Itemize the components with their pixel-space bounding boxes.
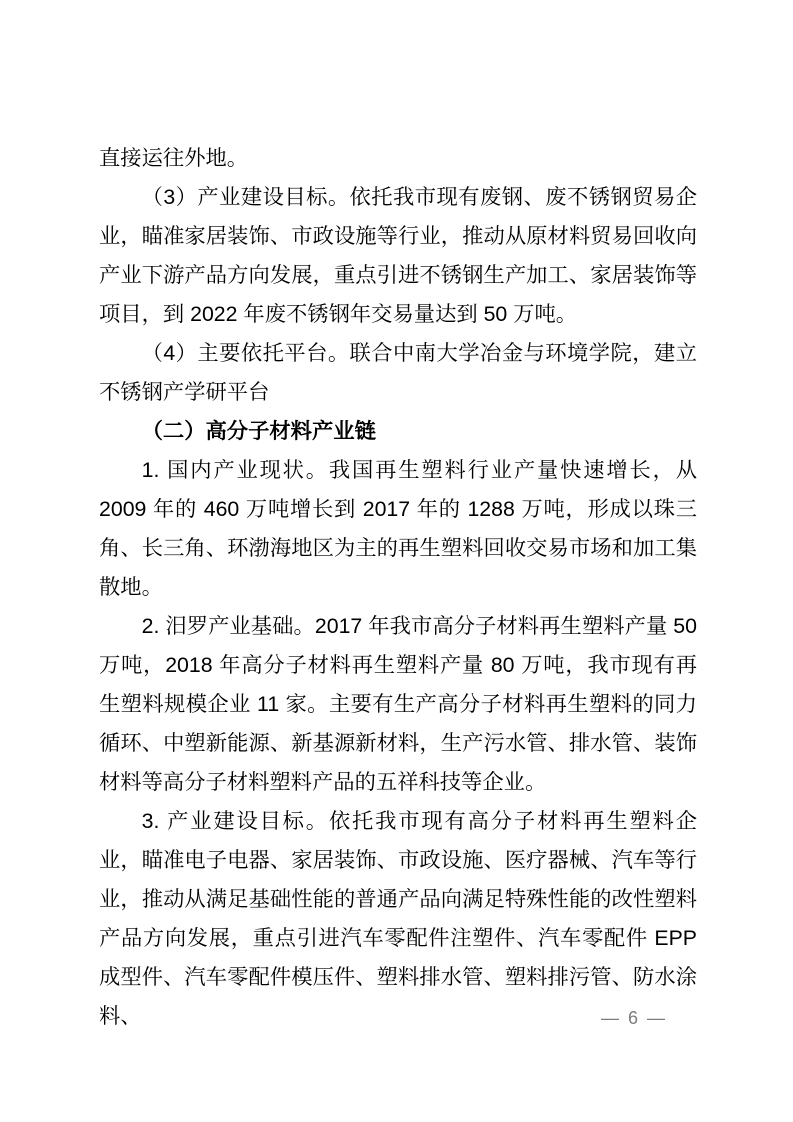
section-heading-polymer-chain: （二）高分子材料产业链 xyxy=(99,412,697,451)
document-body: 直接运往外地。 （3）产业建设目标。依托我市现有废钢、废不锈钢贸易企业，瞄准家居… xyxy=(99,139,697,1036)
paragraph-2-miluo-base: 2. 汨罗产业基础。2017 年我市高分子材料再生塑料产量 50 万吨，2018… xyxy=(99,607,697,802)
paragraph-item-3-goal: （3）产业建设目标。依托我市现有废钢、废不锈钢贸易企业，瞄准家居装饰、市政设施等… xyxy=(99,178,697,334)
paragraph-3-construction-goal: 3. 产业建设目标。依托我市现有高分子材料再生塑料企业，瞄准电子电器、家居装饰、… xyxy=(99,802,697,1036)
document-page: 直接运往外地。 （3）产业建设目标。依托我市现有废钢、废不锈钢贸易企业，瞄准家居… xyxy=(0,0,793,1122)
paragraph-continuation: 直接运往外地。 xyxy=(99,139,697,178)
page-number: — 6 — xyxy=(601,1005,667,1031)
paragraph-1-domestic-status: 1. 国内产业现状。我国再生塑料行业产量快速增长，从 2009 年的 460 万… xyxy=(99,451,697,607)
paragraph-item-4-platform: （4）主要依托平台。联合中南大学冶金与环境学院，建立不锈钢产学研平台 xyxy=(99,334,697,412)
